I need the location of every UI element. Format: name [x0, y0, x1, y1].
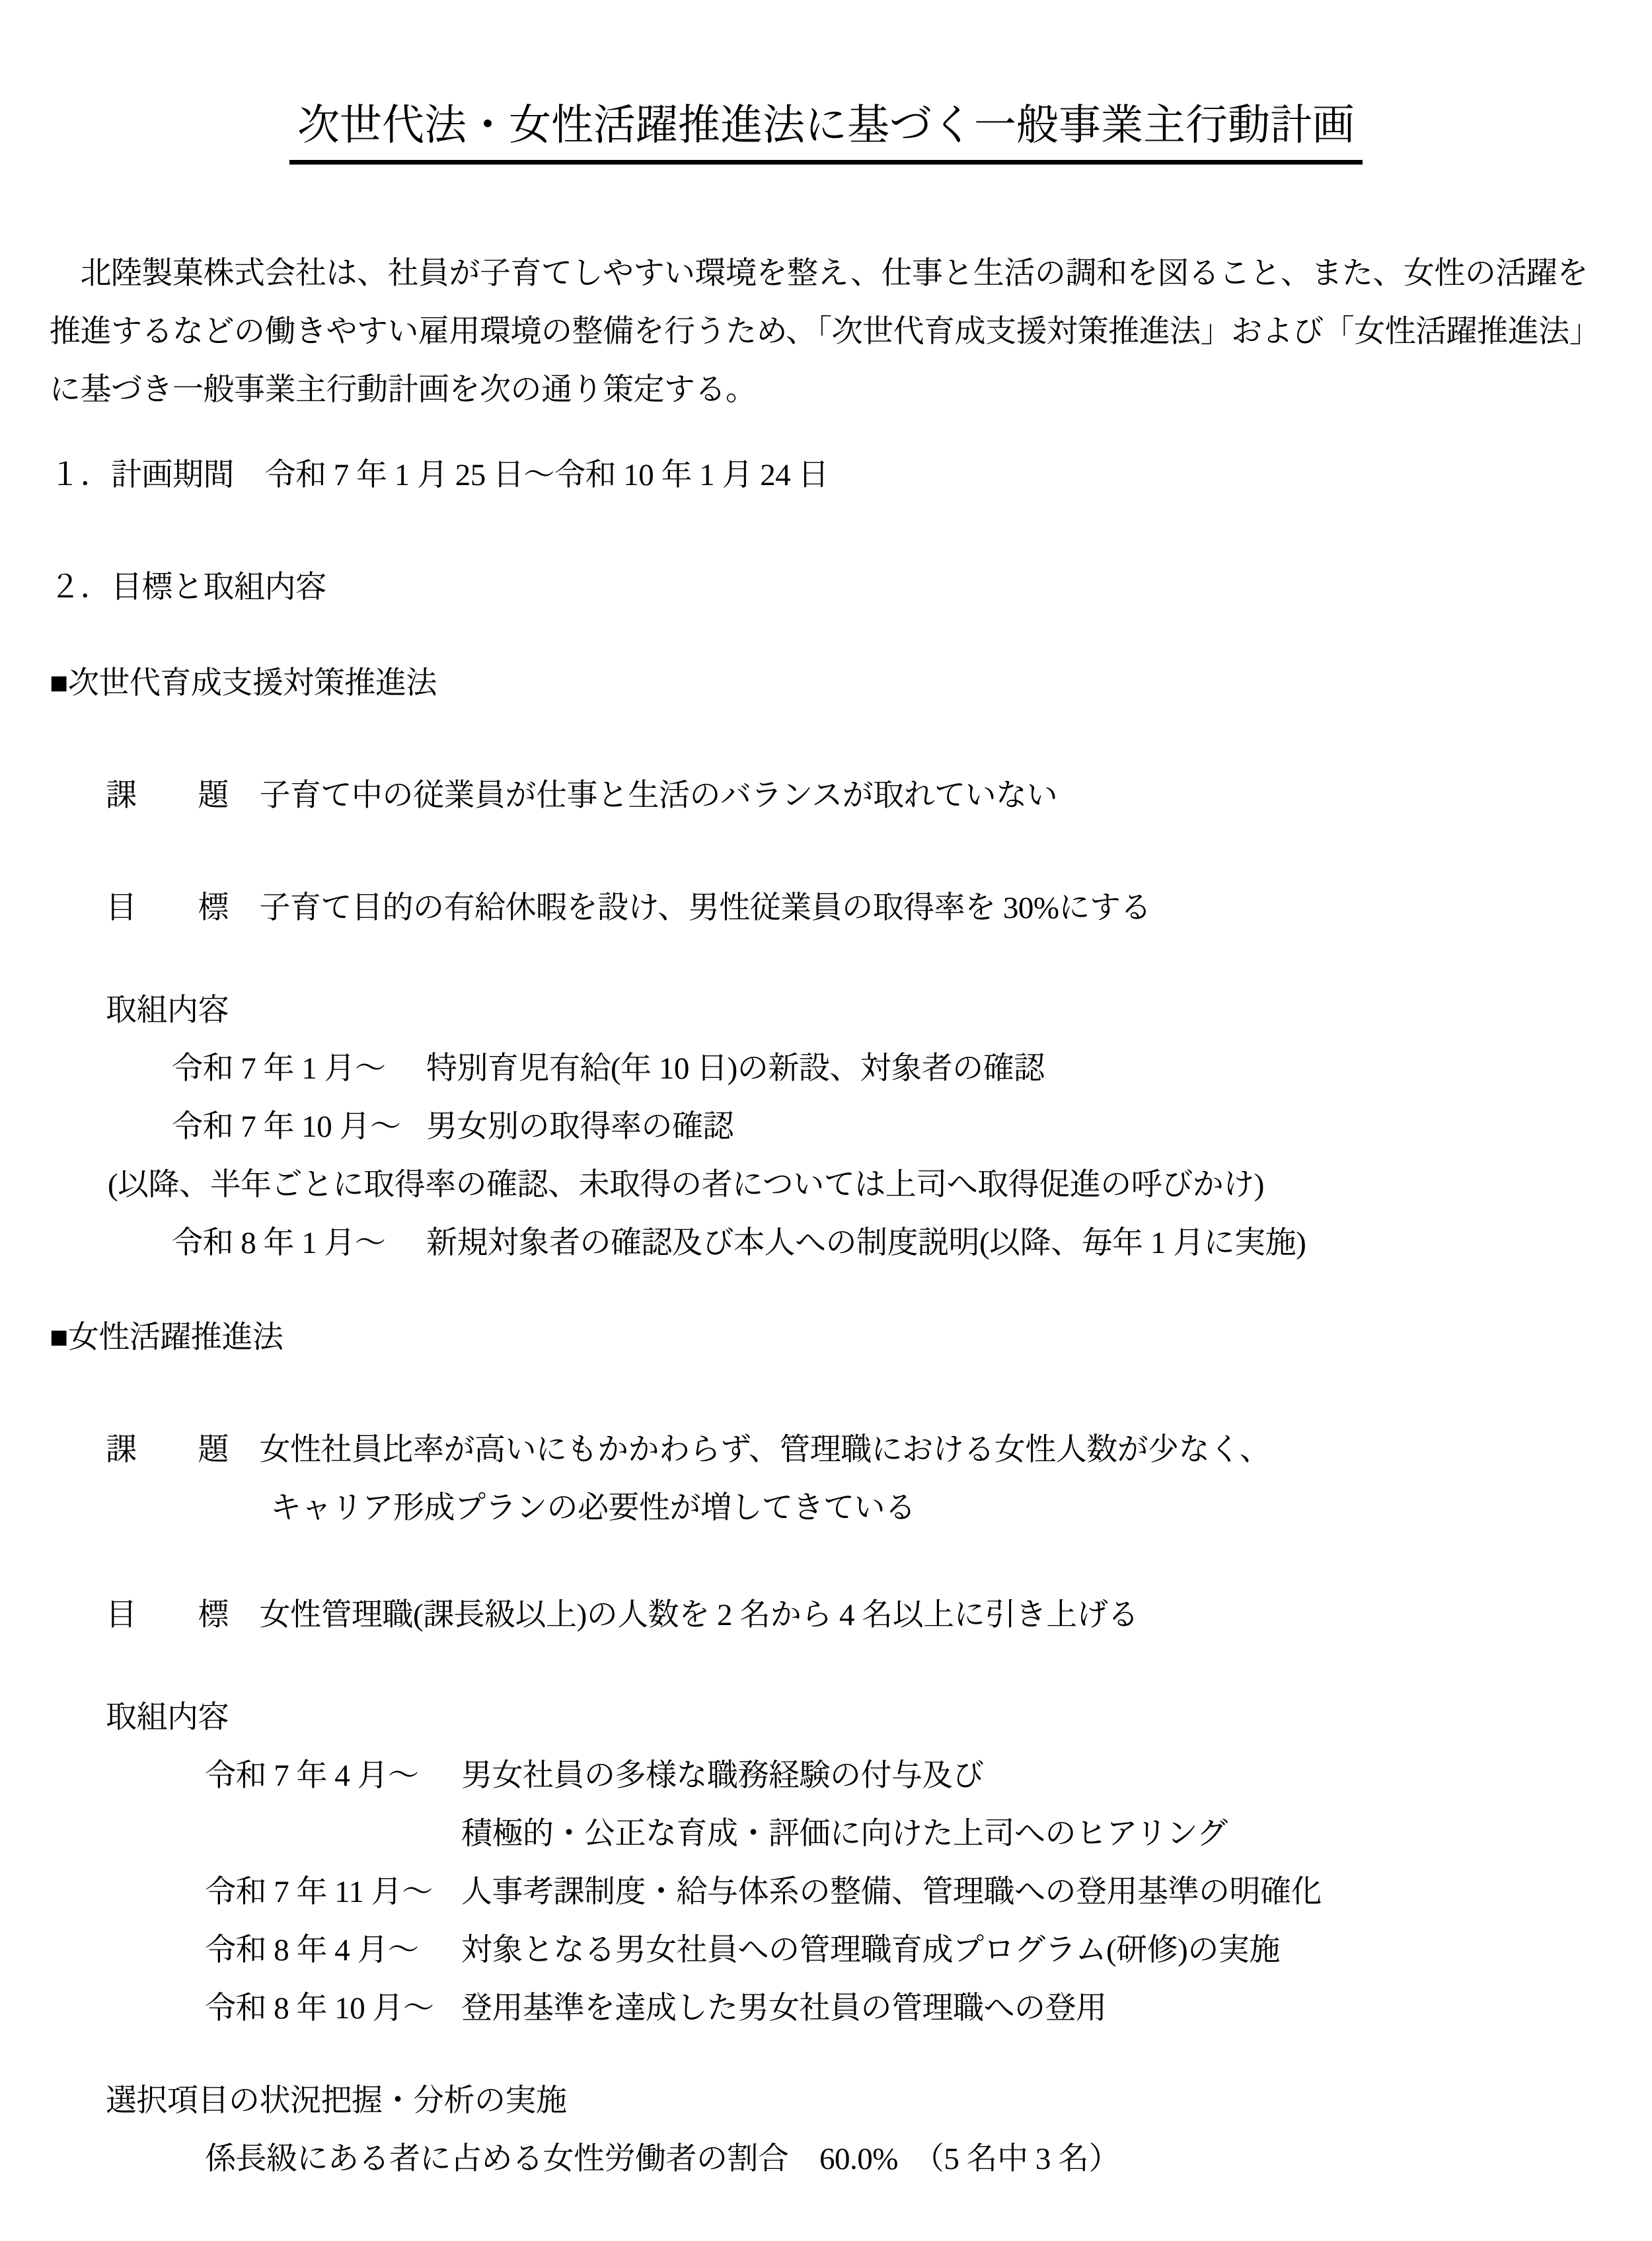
document-page: 次世代法・女性活躍推進法に基づく一般事業主行動計画 北陸製菓株式会社は、社員が子…: [0, 0, 1652, 2241]
effort-date: 令和 8 年 4 月～: [205, 1921, 461, 1979]
goals-header-item: ２．目標と取組内容: [50, 558, 1602, 617]
document-title: 次世代法・女性活躍推進法に基づく一般事業主行動計画: [289, 100, 1363, 165]
effort-date: 令和 7 年 11 月～: [205, 1863, 461, 1921]
law2-issue-row: 課 題 女性社員比率が高いにもかかわらず、管理職における女性人数が少なく、: [50, 1421, 1602, 1479]
law2-section-heading: ■女性活躍推進法: [50, 1309, 1602, 1367]
title-block: 次世代法・女性活躍推進法に基づく一般事業主行動計画: [50, 0, 1602, 165]
intro-line: 北陸製菓株式会社は、社員が子育てしやすい環境を整え、仕事と生活の調和を図ること、…: [50, 245, 1602, 303]
effort-row: 令和 8 年 10 月～ 登用基準を達成した男女社員の管理職への登用: [50, 1979, 1602, 2037]
law2-issue-continuation: キャリア形成プランの必要性が増してきている: [50, 1479, 1602, 1537]
effort-note: (以降、半年ごとに取得率の確認、未取得の者については上司へ取得促進の呼びかけ): [50, 1156, 1602, 1214]
effort-row: 令和 7 年 10 月～ 男女別の取得率の確認: [50, 1098, 1602, 1156]
intro-line: に基づき一般事業主行動計画を次の通り策定する。: [50, 361, 1602, 419]
effort-date: 令和 7 年 1 月～: [172, 1040, 426, 1098]
effort-row: 令和 8 年 4 月～ 対象となる男女社員への管理職育成プログラム(研修)の実施: [50, 1921, 1602, 1979]
effort-date: 令和 7 年 10 月～: [172, 1098, 426, 1156]
effort-text: 対象となる男女社員への管理職育成プログラム(研修)の実施: [461, 1921, 1280, 1979]
law1-efforts-header: 取組内容: [50, 981, 1602, 1040]
law1-issue-row: 課 題 子育て中の従業員が仕事と生活のバランスが取れていない: [50, 767, 1602, 825]
effort-date: 令和 8 年 1 月～: [172, 1214, 426, 1272]
effort-text: 男女社員の多様な職務経験の付与及び: [461, 1747, 984, 1805]
effort-text: 男女別の取得率の確認: [426, 1098, 733, 1156]
law2-efforts-header: 取組内容: [50, 1689, 1602, 1747]
effort-continuation: 積極的・公正な育成・評価に向けた上司へのヒアリング: [50, 1805, 1602, 1863]
effort-row: 令和 7 年 4 月～ 男女社員の多様な職務経験の付与及び: [50, 1747, 1602, 1805]
law1-goal-row: 目 標 子育て目的の有給休暇を設け、男性従業員の取得率を 30%にする: [50, 879, 1602, 937]
intro-line: 推進するなどの働きやすい雇用環境の整備を行うため、「次世代育成支援対策推進法」お…: [50, 303, 1602, 361]
effort-text: 登用基準を達成した男女社員の管理職への登用: [461, 1979, 1107, 2037]
intro-paragraph: 北陸製菓株式会社は、社員が子育てしやすい環境を整え、仕事と生活の調和を図ること、…: [50, 245, 1602, 419]
effort-text: 新規対象者の確認及び本人への制度説明(以降、毎年 1 月に実施): [426, 1214, 1306, 1272]
law2-goal-row: 目 標 女性管理職(課長級以上)の人数を 2 名から 4 名以上に引き上げる: [50, 1586, 1602, 1644]
effort-date: 令和 8 年 10 月～: [205, 1979, 461, 2037]
plan-period-item: １．計画期間 令和 7 年 1 月 25 日～令和 10 年 1 月 24 日: [50, 446, 1602, 504]
effort-date: 令和 7 年 4 月～: [205, 1747, 461, 1805]
effort-row: 令和 8 年 1 月～ 新規対象者の確認及び本人への制度説明(以降、毎年 1 月…: [50, 1214, 1602, 1272]
analysis-detail: 係長級にある者に占める女性労働者の割合 60.0% （5 名中 3 名）: [50, 2130, 1602, 2188]
effort-text: 人事考課制度・給与体系の整備、管理職への登用基準の明確化: [461, 1863, 1322, 1921]
effort-text: 特別育児有給(年 10 日)の新設、対象者の確認: [426, 1040, 1045, 1098]
analysis-header: 選択項目の状況把握・分析の実施: [50, 2072, 1602, 2130]
effort-row: 令和 7 年 1 月～ 特別育児有給(年 10 日)の新設、対象者の確認: [50, 1040, 1602, 1098]
law1-section-heading: ■次世代育成支援対策推進法: [50, 654, 1602, 712]
effort-row: 令和 7 年 11 月～ 人事考課制度・給与体系の整備、管理職への登用基準の明確…: [50, 1863, 1602, 1921]
